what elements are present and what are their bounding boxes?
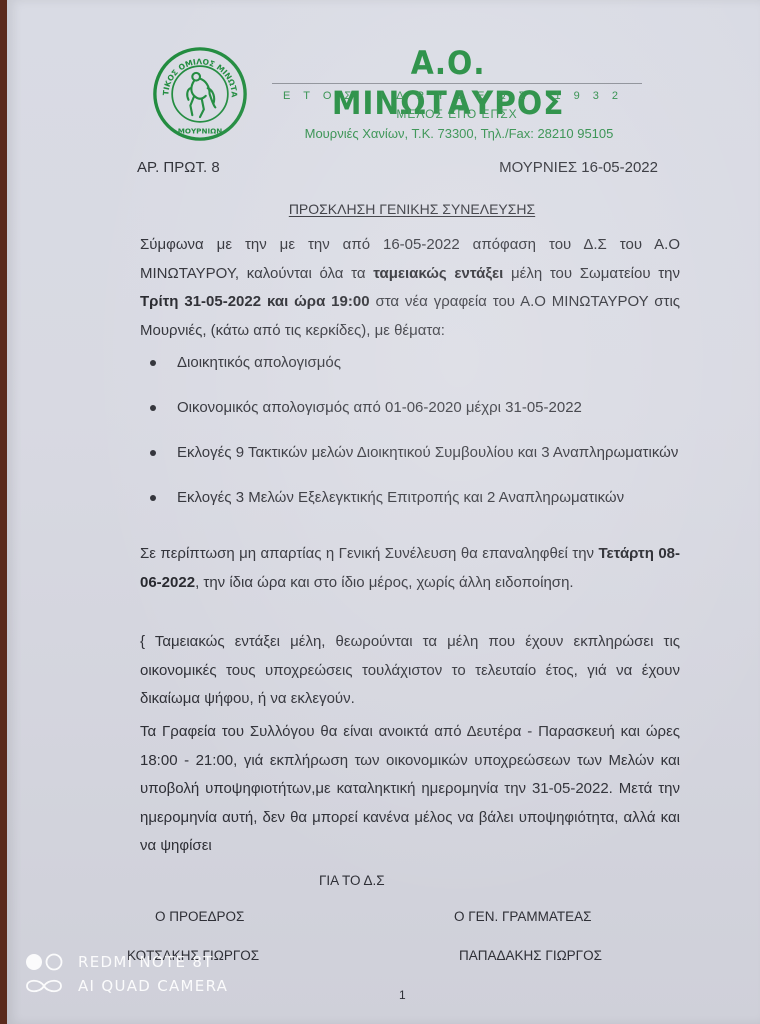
secretary-role: Ο ΓΕΝ. ΓΡΑΜΜΑΤΕΑΣ [454, 908, 591, 926]
agenda-item-text: Εκλογές 9 Τακτικών μελών Διοικητικού Συμ… [177, 444, 678, 461]
agenda-item-text: Εκλογές 3 Μελών Εξελεγκτικής Επιτροπής κ… [177, 489, 624, 506]
intro-bold-datetime: Τρίτη 31-05-2022 και ώρα 19:00 [140, 293, 370, 310]
agenda-item-text: Διοικητικός απολογισμός [177, 354, 341, 371]
club-logo: ΑΘΛΗΤΙΚΟΣ ΟΜΙΛΟΣ ΜΙΝΩΤΑΥΡΟΣ ΜΟΥΡΝΙΩΝ [152, 46, 248, 142]
watermark-model: REDMI NOTE 8T [78, 952, 214, 972]
page-number: 1 [399, 988, 406, 1002]
intro-paragraph: Σύμφωνα με την με την από 16-05-2022 από… [140, 231, 680, 345]
office-hours-paragraph: Τα Γραφεία του Συλλόγου θα είναι ανοικτά… [140, 718, 680, 861]
on-behalf-label: ΓΙΑ ΤΟ Δ.Σ [319, 872, 385, 890]
agenda-item: Εκλογές 3 Μελών Εξελεγκτικής Επιτροπής κ… [147, 484, 680, 512]
intro-text-2: μέλη του Σωματείου την [503, 265, 680, 282]
quorum-text-1: Σε περίπτωση μη απαρτίας η Γενική Συνέλε… [140, 545, 599, 562]
watermark-camera: AI QUAD CAMERA [78, 976, 228, 996]
quorum-paragraph: Σε περίπτωση μη απαρτίας η Γενική Συνέλε… [140, 540, 680, 597]
document-page: ΑΘΛΗΤΙΚΟΣ ΟΜΙΛΟΣ ΜΙΝΩΤΑΥΡΟΣ ΜΟΥΡΝΙΩΝ Α.Ο… [7, 0, 760, 1024]
president-role: Ο ΠΡΟΕΔΡΟΣ [155, 908, 244, 926]
protocol-number: ΑΡ. ΠΡΩΤ. 8 [137, 158, 220, 178]
definition-paragraph: { Ταμειακώς εντάξει μέλη, θεωρούνται τα … [140, 628, 680, 714]
document-title: ΠΡΟΣΚΛΗΣΗ ΓΕΝΙΚΗΣ ΣΥΝΕΛΕΥΣΗΣ [137, 199, 687, 219]
quorum-text-2: , την ίδια ώρα και στο ίδιο μέρος, χωρίς… [195, 574, 574, 591]
bullet-icon [150, 360, 156, 366]
svg-text:ΜΟΥΡΝΙΩΝ: ΜΟΥΡΝΙΩΝ [178, 126, 223, 135]
svg-text:ΑΘΛΗΤΙΚΟΣ ΟΜΙΛΟΣ ΜΙΝΩΤΑΥΡΟΣ: ΑΘΛΗΤΙΚΟΣ ΟΜΙΛΟΣ ΜΙΝΩΤΑΥΡΟΣ [152, 46, 239, 98]
bullet-icon [150, 495, 156, 501]
agenda-item: Εκλογές 9 Τακτικών μελών Διοικητικού Συμ… [147, 439, 680, 467]
bullet-icon [150, 450, 156, 456]
club-emblem-icon: ΑΘΛΗΤΙΚΟΣ ΟΜΙΛΟΣ ΜΙΝΩΤΑΥΡΟΣ ΜΟΥΡΝΙΩΝ [152, 46, 248, 142]
dual-circle-icon [24, 952, 68, 972]
letterhead-divider [272, 83, 642, 84]
camera-watermark: REDMI NOTE 8T AI QUAD CAMERA [24, 950, 228, 998]
agenda-item: Οικονομικός απολογισμός από 01-06-2020 μ… [147, 394, 680, 422]
address-line: Μουρνιές Χανίων, Τ.Κ. 73300, Τηλ./Fax: 2… [269, 125, 649, 143]
agenda-item: Διοικητικός απολογισμός [147, 349, 680, 377]
founded-year: ΕΤΟΣ ΙΔΡΥΣΕΩΣ 1932 [272, 88, 642, 104]
intro-bold-members: ταμειακώς εντάξει [373, 265, 503, 282]
place-date: ΜΟΥΡΝΙΕΣ 16-05-2022 [499, 158, 658, 178]
agenda-list: Διοικητικός απολογισμός Οικονομικός απολ… [147, 349, 680, 529]
membership-line: ΜΕΛΟΣ ΕΠΟ ΕΠΣΧ [272, 106, 642, 122]
bullet-icon [150, 405, 156, 411]
infinity-icon [24, 976, 68, 996]
secretary-name: ΠΑΠΑΔΑΚΗΣ ΓΙΩΡΓΟΣ [459, 947, 602, 965]
agenda-item-text: Οικονομικός απολογισμός από 01-06-2020 μ… [177, 399, 582, 416]
